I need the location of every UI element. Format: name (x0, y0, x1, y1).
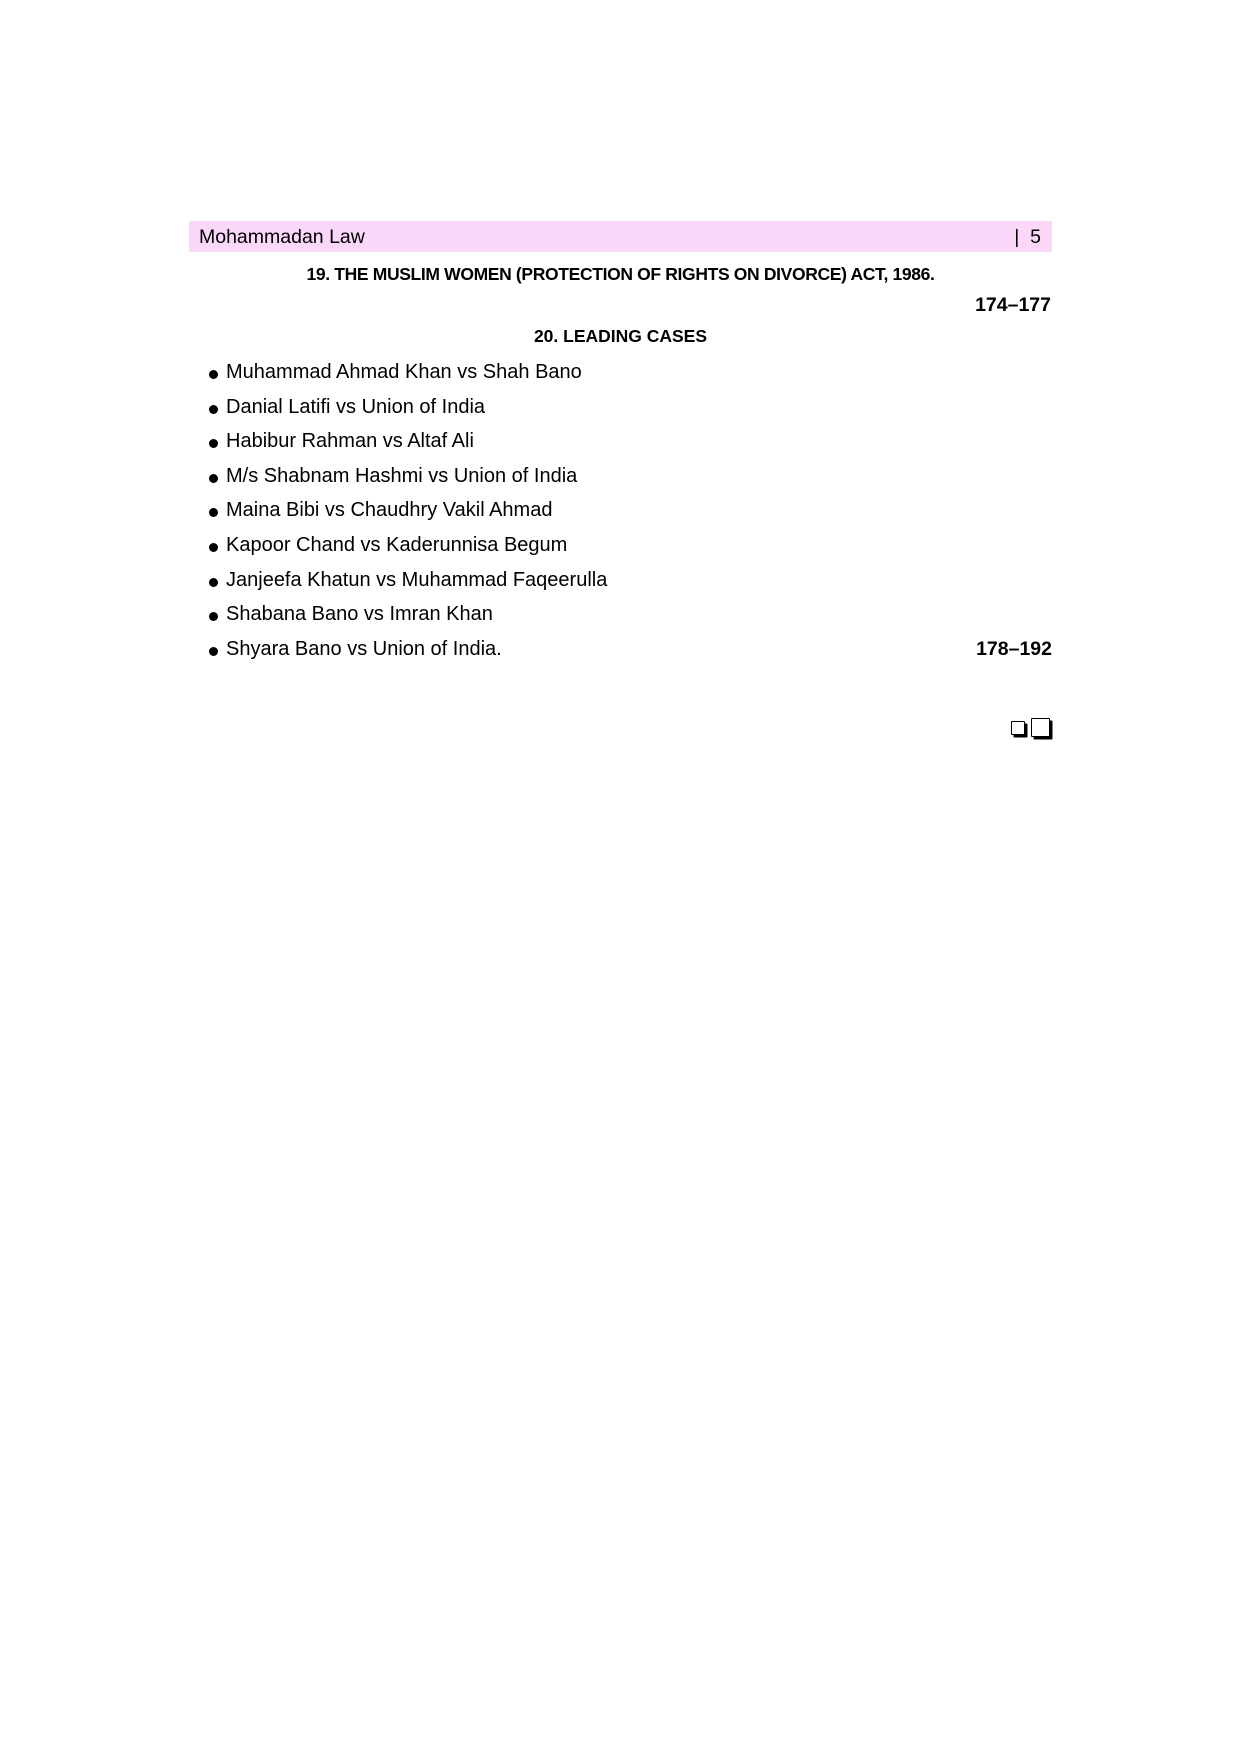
case-name: Janjeefa Khatun vs Muhammad Faqeerulla (226, 568, 607, 592)
case-name: M/s Shabnam Hashmi vs Union of India (226, 464, 577, 488)
bullet-icon (209, 405, 218, 414)
list-item: Shyara Bano vs Union of India. 178–192 (209, 637, 1052, 672)
page-number: | 5 (1014, 225, 1041, 249)
bullet-icon (209, 647, 218, 656)
bullet-icon (209, 370, 218, 379)
bullet-icon (209, 508, 218, 517)
case-name: Habibur Rahman vs Altaf Ali (226, 429, 474, 453)
case-name: Shabana Bano vs Imran Khan (226, 602, 493, 626)
running-header: Mohammadan Law | 5 (189, 221, 1052, 252)
list-item: M/s Shabnam Hashmi vs Union of India (209, 464, 1052, 499)
document-page: Mohammadan Law | 5 19. THE MUSLIM WOMEN … (189, 221, 1052, 252)
case-name: Danial Latifi vs Union of India (226, 395, 485, 419)
section-heading-20: 20. LEADING CASES (189, 325, 1052, 347)
end-of-section-mark (1011, 715, 1050, 737)
bullet-icon (209, 543, 218, 552)
list-item: Maina Bibi vs Chaudhry Vakil Ahmad (209, 498, 1052, 533)
book-title: Mohammadan Law (199, 225, 365, 249)
list-item: Kapoor Chand vs Kaderunnisa Begum (209, 533, 1052, 568)
leading-cases-list: Muhammad Ahmad Khan vs Shah Bano Danial … (209, 360, 1052, 671)
bullet-icon (209, 578, 218, 587)
bullet-icon (209, 612, 218, 621)
shadowed-box-icon (1031, 718, 1050, 737)
list-item: Muhammad Ahmad Khan vs Shah Bano (209, 360, 1052, 395)
bullet-icon (209, 474, 218, 483)
case-name: Kapoor Chand vs Kaderunnisa Begum (226, 533, 567, 557)
list-item: Habibur Rahman vs Altaf Ali (209, 429, 1052, 464)
shadowed-box-icon (1011, 721, 1025, 735)
section-pages-20: 178–192 (976, 637, 1052, 661)
list-item: Janjeefa Khatun vs Muhammad Faqeerulla (209, 568, 1052, 603)
list-item: Danial Latifi vs Union of India (209, 395, 1052, 430)
section-pages-19: 174–177 (975, 293, 1051, 317)
bullet-icon (209, 439, 218, 448)
section-heading-19: 19. THE MUSLIM WOMEN (PROTECTION OF RIGH… (189, 263, 1052, 285)
case-name: Shyara Bano vs Union of India. (226, 637, 502, 661)
case-name: Maina Bibi vs Chaudhry Vakil Ahmad (226, 498, 552, 522)
list-item: Shabana Bano vs Imran Khan (209, 602, 1052, 637)
case-name: Muhammad Ahmad Khan vs Shah Bano (226, 360, 582, 384)
